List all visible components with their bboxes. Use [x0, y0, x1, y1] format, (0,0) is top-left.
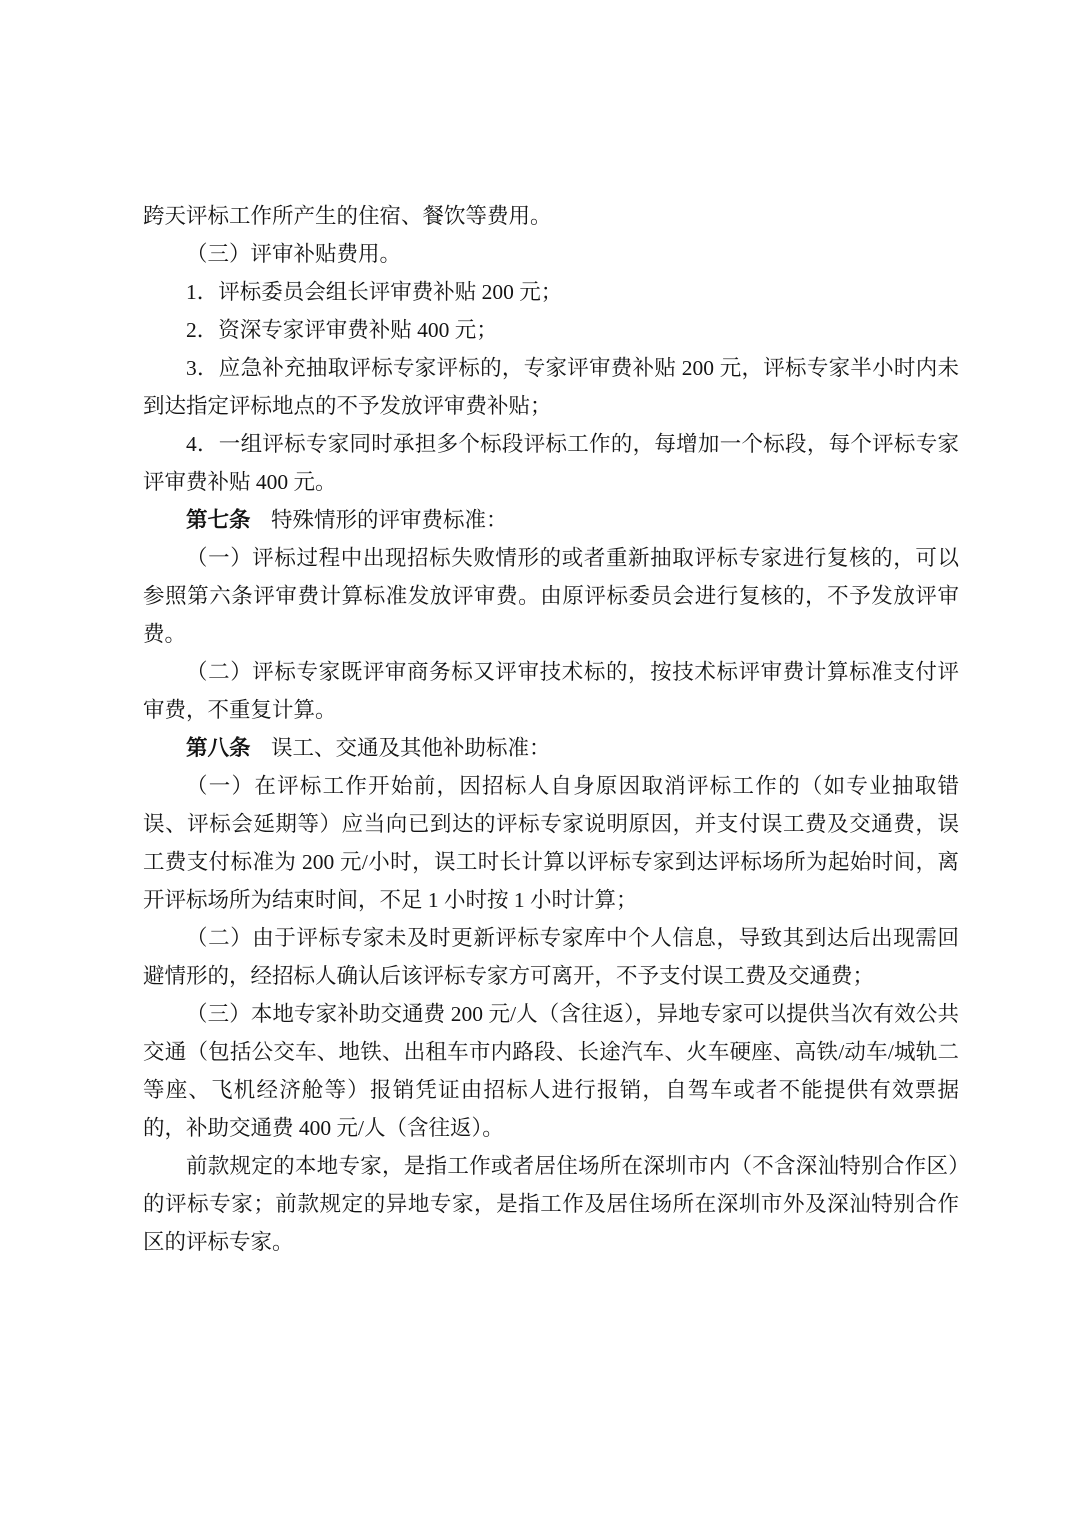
article-8-item-3: （三）本地专家补助交通费 200 元/人（含往返），异地专家可以提供当次有效公共… — [143, 995, 959, 1147]
paragraph-subitem-1: 1．评标委员会组长评审费补贴 200 元； — [143, 273, 959, 311]
paragraph-item-3: （三）评审补贴费用。 — [143, 235, 959, 273]
article-8-item-1: （一）在评标工作开始前，因招标人自身原因取消评标工作的（如专业抽取错误、评标会延… — [143, 767, 959, 919]
document-body: 跨天评标工作所产生的住宿、餐饮等费用。 （三）评审补贴费用。 1．评标委员会组长… — [143, 197, 959, 1261]
article-7-title: 特殊情形的评审费标准： — [271, 508, 508, 532]
article-8-item-2: （二）由于评标专家未及时更新评标专家库中个人信息，导致其到达后出现需回避情形的，… — [143, 919, 959, 995]
article-7-heading: 第七条特殊情形的评审费标准： — [143, 501, 959, 539]
paragraph-continuation: 跨天评标工作所产生的住宿、餐饮等费用。 — [143, 197, 959, 235]
article-7-item-2: （二）评标专家既评审商务标又评审技术标的，按技术标评审费计算标准支付评审费，不重… — [143, 653, 959, 729]
document-page: 跨天评标工作所产生的住宿、餐饮等费用。 （三）评审补贴费用。 1．评标委员会组长… — [0, 0, 1080, 1527]
paragraph-definition-local-expert: 前款规定的本地专家，是指工作或者居住场所在深圳市内（不含深汕特别合作区）的评标专… — [143, 1147, 959, 1261]
paragraph-subitem-4: 4．一组评标专家同时承担多个标段评标工作的，每增加一个标段，每个评标专家评审费补… — [143, 425, 959, 501]
article-7-item-1: （一）评标过程中出现招标失败情形的或者重新抽取评标专家进行复核的，可以参照第六条… — [143, 539, 959, 653]
paragraph-subitem-3: 3．应急补充抽取评标专家评标的，专家评审费补贴 200 元，评标专家半小时内未到… — [143, 349, 959, 425]
article-8-number: 第八条 — [186, 736, 251, 760]
article-7-number: 第七条 — [186, 508, 251, 532]
paragraph-subitem-2: 2．资深专家评审费补贴 400 元； — [143, 311, 959, 349]
article-8-title: 误工、交通及其他补助标准： — [271, 736, 551, 760]
article-8-heading: 第八条误工、交通及其他补助标准： — [143, 729, 959, 767]
